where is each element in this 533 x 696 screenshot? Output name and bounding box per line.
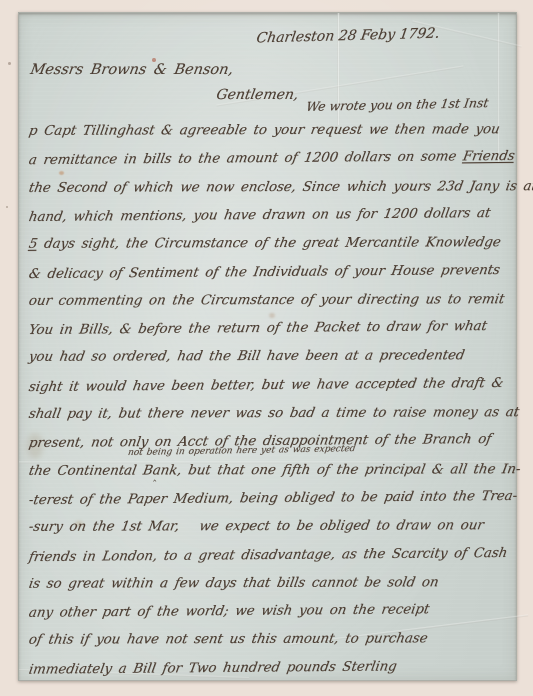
letter-line-text: any other part of the world; we wish you…	[27, 600, 431, 624]
dateline-text: Charleston 28 Feby 1792.	[255, 26, 440, 47]
letter-line-text: the Continental Bank, but that one fifth…	[27, 460, 522, 482]
letter-line-text: the Second of which we now enclose, Sinc…	[27, 177, 533, 199]
letter-line-text: hand, which mentions, you have drawn on …	[27, 204, 492, 228]
letter-dateline: Charleston 28 Feby 1792.	[255, 26, 438, 47]
underlined-word: Friends	[462, 149, 516, 164]
stain-spot	[59, 171, 64, 175]
letter-line-text: p Capt Tillinghast & agreeable to your r…	[27, 120, 501, 142]
letter-line: -terest of the Paper Medium, being oblig…	[27, 487, 515, 511]
letter-line-text: a remittance in bills to the amount of 1…	[27, 147, 516, 171]
letter-line-text: you had so ordered, had the Bill have be…	[27, 347, 466, 369]
letter-line: the Continental Bank, but that one fifth…	[27, 460, 519, 482]
letter-line: our commenting on the Circumstance of yo…	[27, 290, 502, 312]
letter-line-text: 5 days sight, the Circumstance of the gr…	[27, 233, 502, 255]
background-speck	[8, 62, 11, 65]
letter-line-text: present, not only on Acct of the disappo…	[27, 430, 493, 454]
letter-line-text: shall pay it, but there never was so bad…	[27, 403, 521, 425]
letter-line-text: sight it would have been better, but we …	[27, 374, 505, 398]
opening-text: We wrote you on the 1st Inst	[305, 95, 489, 114]
underlined-word: 5	[28, 237, 39, 252]
letter-line: any other part of the world; we wish you…	[27, 600, 427, 623]
letter-line-text: immediately a Bill for Two hundred pound…	[27, 657, 398, 680]
letter-opening-line: We wrote you on the 1st Inst	[305, 95, 487, 114]
stain-spot	[269, 313, 275, 318]
letter-line: of this if you have not sent us this amo…	[27, 630, 426, 651]
letter-line: present, not only on Acct of the disappo…	[27, 430, 489, 454]
letter-line: -sury on the 1st Mar, we expect to be ob…	[27, 516, 482, 538]
letter-line: sight it would have been better, but we …	[27, 374, 502, 398]
letter-line: shall pay it, but there never was so bad…	[27, 403, 517, 425]
recipient-text: Messrs Browns & Benson,	[29, 62, 234, 78]
letter-line-text: is so great within a few days that bills…	[27, 573, 440, 594]
letter-line: is so great within a few days that bills…	[27, 573, 437, 594]
letter-line: you had so ordered, had the Bill have be…	[27, 347, 463, 369]
letter-recipient: Messrs Browns & Benson,	[29, 62, 232, 78]
letter-line: the Second of which we now enclose, Sinc…	[27, 177, 533, 199]
letter-line: friends in London, to a great disadvanta…	[27, 543, 506, 567]
letter-line: hand, which mentions, you have drawn on …	[27, 204, 489, 228]
letter-line-text: -terest of the Paper Medium, being oblig…	[27, 487, 519, 511]
letter-line: 5 days sight, the Circumstance of the gr…	[27, 233, 499, 255]
letter-line: immediately a Bill for Two hundred pound…	[27, 657, 395, 680]
background-speck	[6, 206, 8, 208]
letter-salutation: Gentlemen,	[215, 87, 297, 103]
letter-line: & delicacy of Sentiment of the Individua…	[27, 260, 498, 284]
salutation-text: Gentlemen,	[215, 87, 300, 103]
letter-line-text: of this if you have not sent us this amo…	[27, 630, 429, 651]
letter-line: You in Bills, & before the return of the…	[27, 317, 485, 341]
letter-line-text: & delicacy of Sentiment of the Individua…	[27, 260, 501, 284]
letter-line-text: friends in London, to a great disadvanta…	[27, 543, 509, 567]
scanned-letter-background: Charleston 28 Feby 1792. Messrs Browns &…	[0, 0, 533, 696]
letter-paper: Charleston 28 Feby 1792. Messrs Browns &…	[18, 12, 517, 681]
letter-line: a remittance in bills to the amount of 1…	[27, 147, 513, 171]
letter-line-text: You in Bills, & before the return of the…	[27, 317, 488, 341]
letter-line-text: -sury on the 1st Mar, we expect to be ob…	[27, 516, 485, 538]
letter-line-text: our commenting on the Circumstance of yo…	[27, 290, 506, 312]
fold-crease	[497, 13, 500, 163]
letter-line: p Capt Tillinghast & agreeable to your r…	[27, 120, 498, 142]
